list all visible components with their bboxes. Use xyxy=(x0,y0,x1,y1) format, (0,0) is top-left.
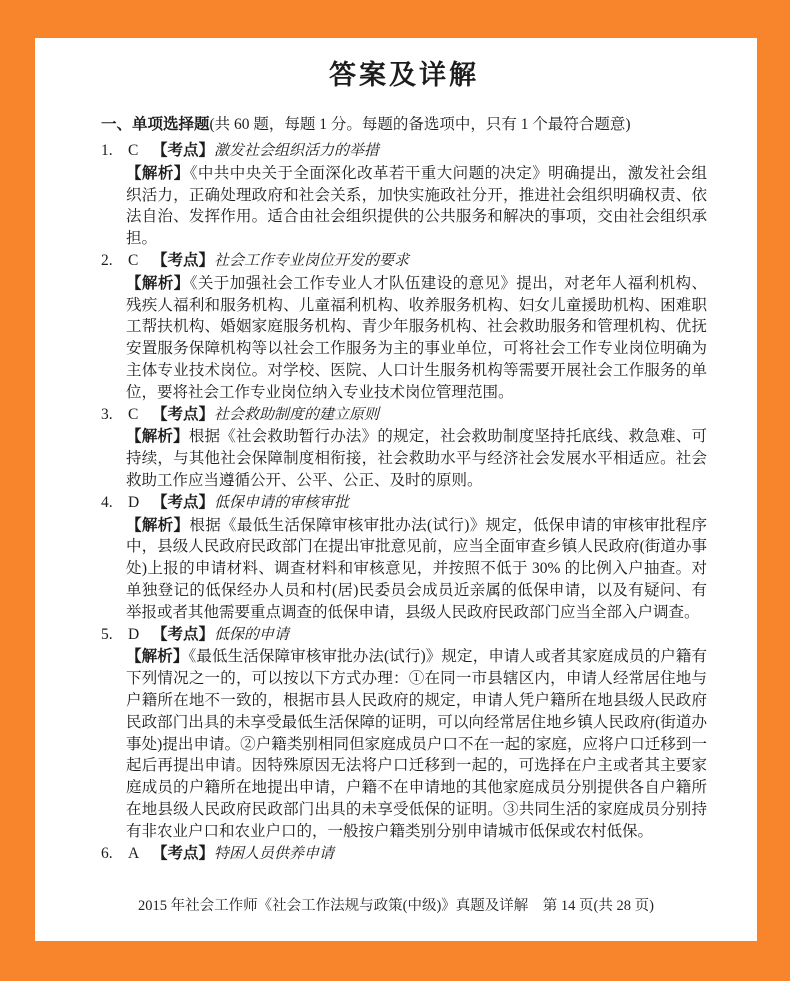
answer-item-3: 3.C【考点】社会救助制度的建立原则 【解析】根据《社会救助暂行办法》的规定，社… xyxy=(101,404,707,492)
item-number: 4. xyxy=(101,492,128,514)
kaodian-text: 社会工作专业岗位开发的要求 xyxy=(214,253,409,269)
jiexi-text: 《关于加强社会工作专业人才队伍建设的意见》提出，对老年人福利机构、残疾人福利和服… xyxy=(126,275,707,401)
answer-letter: C xyxy=(128,404,152,426)
jiexi-text: 根据《社会救助暂行办法》的规定，社会救助制度坚持托底线、救急难、可持续，与其他社… xyxy=(126,428,707,489)
jiexi-text: 根据《最低生活保障审核审批办法(试行)》规定，低保申请的审核审批程序中，县级人民… xyxy=(126,517,707,621)
kaodian-label: 【考点】 xyxy=(152,142,214,159)
answer-list: 1.C【考点】激发社会组织活力的举措 【解析】《中共中央关于全面深化改革若干重大… xyxy=(101,140,707,865)
jiexi-text: 《最低生活保障审核审批办法(试行)》规定，申请人或者其家庭成员的户籍有下列情况之… xyxy=(126,648,707,839)
item-number: 5. xyxy=(101,624,128,646)
answer-item-6: 6.A【考点】特困人员供养申请 xyxy=(101,843,707,866)
kaodian-text: 低保的申请 xyxy=(214,627,289,643)
jiexi-text: 《中共中央关于全面深化改革若干重大问题的决定》明确提出，激发社会组织活力，正确处… xyxy=(126,165,707,247)
jiexi-paragraph: 【解析】《关于加强社会工作专业人才队伍建设的意见》提出，对老年人福利机构、残疾人… xyxy=(126,273,707,404)
jiexi-label: 【解析】 xyxy=(126,648,189,665)
answer-item-5: 5.D【考点】低保的申请 【解析】《最低生活保障审核审批办法(试行)》规定，申请… xyxy=(101,624,707,843)
item-number: 1. xyxy=(101,140,128,162)
kaodian-text: 激发社会组织活力的举措 xyxy=(214,143,379,159)
item-number: 6. xyxy=(101,843,128,865)
kaodian-text: 特困人员供养申请 xyxy=(214,846,334,862)
jiexi-paragraph: 【解析】《中共中央关于全面深化改革若干重大问题的决定》明确提出，激发社会组织活力… xyxy=(126,163,707,250)
kaodian-label: 【考点】 xyxy=(152,252,214,269)
jiexi-paragraph: 【解析】根据《最低生活保障审核审批办法(试行)》规定，低保申请的审核审批程序中，… xyxy=(126,515,707,624)
answer-letter: D xyxy=(128,492,152,514)
jiexi-label: 【解析】 xyxy=(126,165,190,182)
answer-item-4: 4.D【考点】低保申请的审核审批 【解析】根据《最低生活保障审核审批办法(试行)… xyxy=(101,492,707,624)
kaodian-text: 低保申请的审核审批 xyxy=(214,495,349,511)
item-head: 1.C【考点】激发社会组织活力的举措 xyxy=(101,140,707,163)
jiexi-paragraph: 【解析】根据《社会救助暂行办法》的规定，社会救助制度坚持托底线、救急难、可持续，… xyxy=(126,426,707,491)
page-footer: 2015 年社会工作师《社会工作法规与政策(中级)》真题及详解 第 14 页(共… xyxy=(35,894,757,915)
answer-item-2: 2.C【考点】社会工作专业岗位开发的要求 【解析】《关于加强社会工作专业人才队伍… xyxy=(101,250,707,404)
item-head: 2.C【考点】社会工作专业岗位开发的要求 xyxy=(101,250,707,273)
kaodian-label: 【考点】 xyxy=(152,626,214,643)
jiexi-label: 【解析】 xyxy=(126,517,189,534)
page-title: 答案及详解 xyxy=(101,58,707,92)
jiexi-paragraph: 【解析】《最低生活保障审核审批办法(试行)》规定，申请人或者其家庭成员的户籍有下… xyxy=(126,646,707,842)
section-heading: 一、单项选择题(共 60 题，每题 1 分。每题的备选项中，只有 1 个最符合题… xyxy=(101,114,707,136)
kaodian-label: 【考点】 xyxy=(152,845,214,862)
item-head: 5.D【考点】低保的申请 xyxy=(101,624,707,647)
jiexi-label: 【解析】 xyxy=(126,275,190,292)
page-content: 答案及详解 一、单项选择题(共 60 题，每题 1 分。每题的备选项中，只有 1… xyxy=(35,58,757,865)
kaodian-label: 【考点】 xyxy=(152,494,214,511)
jiexi-label: 【解析】 xyxy=(126,428,189,445)
item-head: 4.D【考点】低保申请的审核审批 xyxy=(101,492,707,515)
kaodian-text: 社会救助制度的建立原则 xyxy=(214,407,379,423)
kaodian-label: 【考点】 xyxy=(152,406,214,423)
section-heading-note: (共 60 题，每题 1 分。每题的备选项中，只有 1 个最符合题意) xyxy=(210,116,631,133)
answer-letter: C xyxy=(128,140,152,162)
item-number: 3. xyxy=(101,404,128,426)
item-head: 3.C【考点】社会救助制度的建立原则 xyxy=(101,404,707,427)
answer-letter: C xyxy=(128,250,152,272)
answer-letter: A xyxy=(128,843,152,865)
section-heading-title: 一、单项选择题 xyxy=(101,116,210,133)
item-head: 6.A【考点】特困人员供养申请 xyxy=(101,843,707,866)
page-sheet: 答案及详解 一、单项选择题(共 60 题，每题 1 分。每题的备选项中，只有 1… xyxy=(35,38,757,941)
item-number: 2. xyxy=(101,250,128,272)
answer-letter: D xyxy=(128,624,152,646)
answer-item-1: 1.C【考点】激发社会组织活力的举措 【解析】《中共中央关于全面深化改革若干重大… xyxy=(101,140,707,250)
